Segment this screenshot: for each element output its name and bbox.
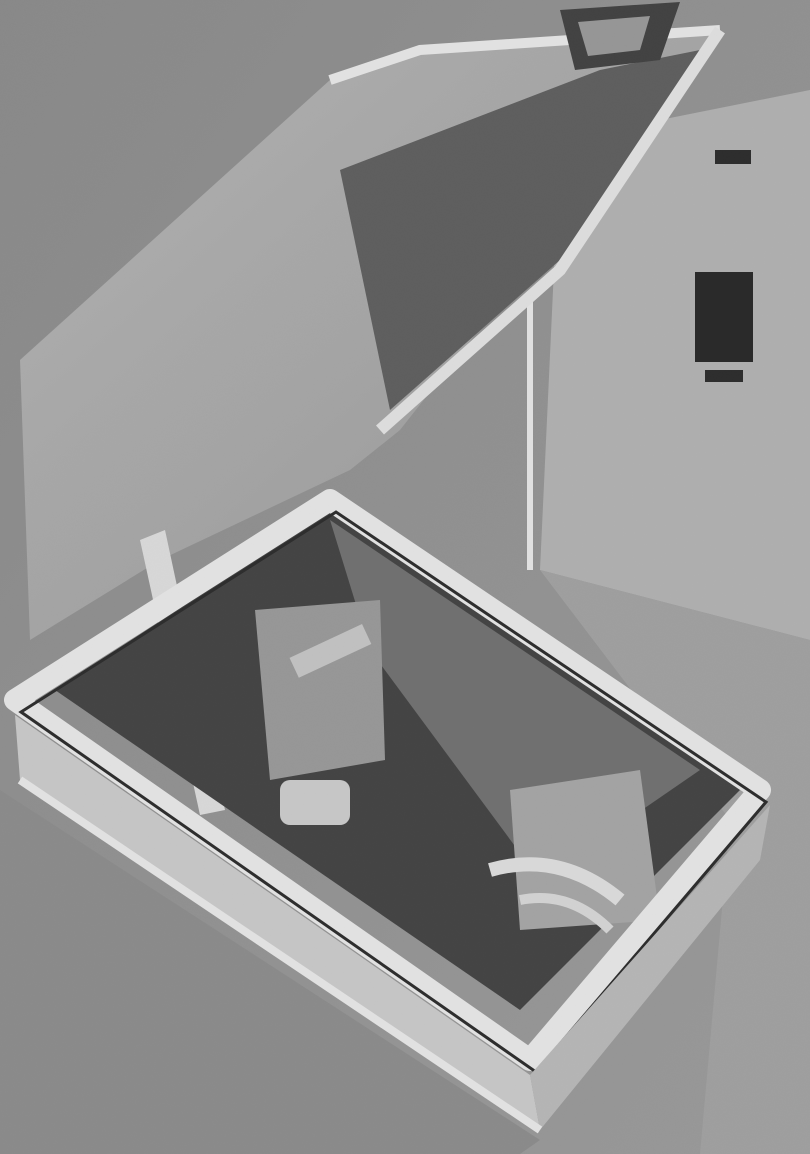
hatch-photo-illustration <box>0 0 810 1154</box>
photograph <box>0 0 810 1154</box>
